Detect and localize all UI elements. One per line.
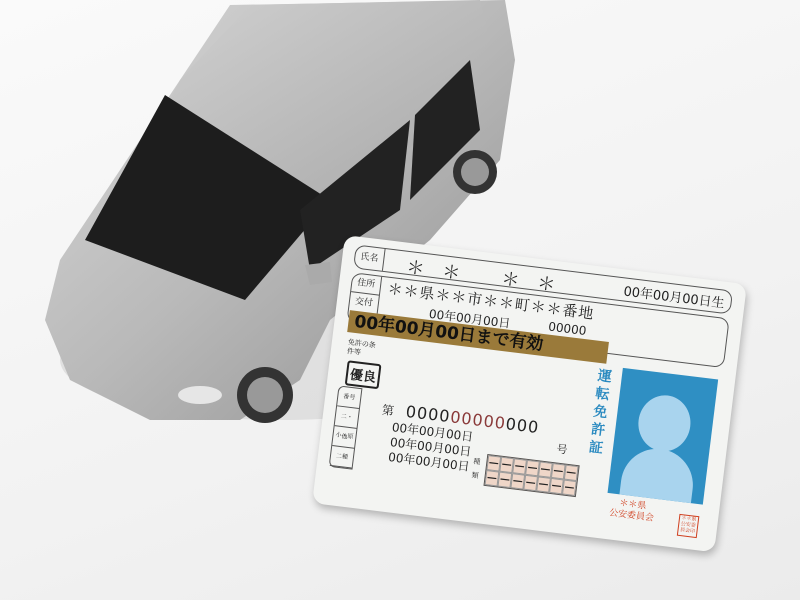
silhouette-head-icon [635, 392, 693, 454]
conditions-label: 免許の条件等 [346, 338, 378, 360]
side-labels: 番号 二・小・原 他 二種 [329, 385, 363, 469]
official-seal-icon: ＊＊県公安委員会印 [677, 514, 700, 538]
license-dates: 00年00月00日00年00月00日00年00月00日 [387, 420, 474, 475]
side-label: 二種 [330, 446, 354, 469]
number-prefix: 第 [381, 401, 395, 419]
photo-placeholder [608, 368, 719, 505]
issuing-authority: ＊＊県公安委員会 [608, 497, 655, 524]
side-label: 番号 [337, 386, 361, 409]
license-class-grid: ——————— ——————— [483, 454, 579, 497]
number-suffix: 号 [556, 440, 569, 457]
name-label: 氏名 [354, 246, 385, 271]
kind-label: 種類 [471, 454, 484, 483]
driver-license-card: 氏名 ＊＊ ＊＊ 住所 交付 ＊＊県＊＊市＊＊町＊＊番地 00年00月00日生 … [312, 235, 747, 552]
headlight [178, 386, 222, 404]
excellent-badge: 優良 [345, 360, 382, 389]
silhouette-body-icon [617, 445, 697, 505]
license-title: 運転免許証 [588, 367, 613, 458]
side-label: 二・小・原 [335, 406, 359, 429]
